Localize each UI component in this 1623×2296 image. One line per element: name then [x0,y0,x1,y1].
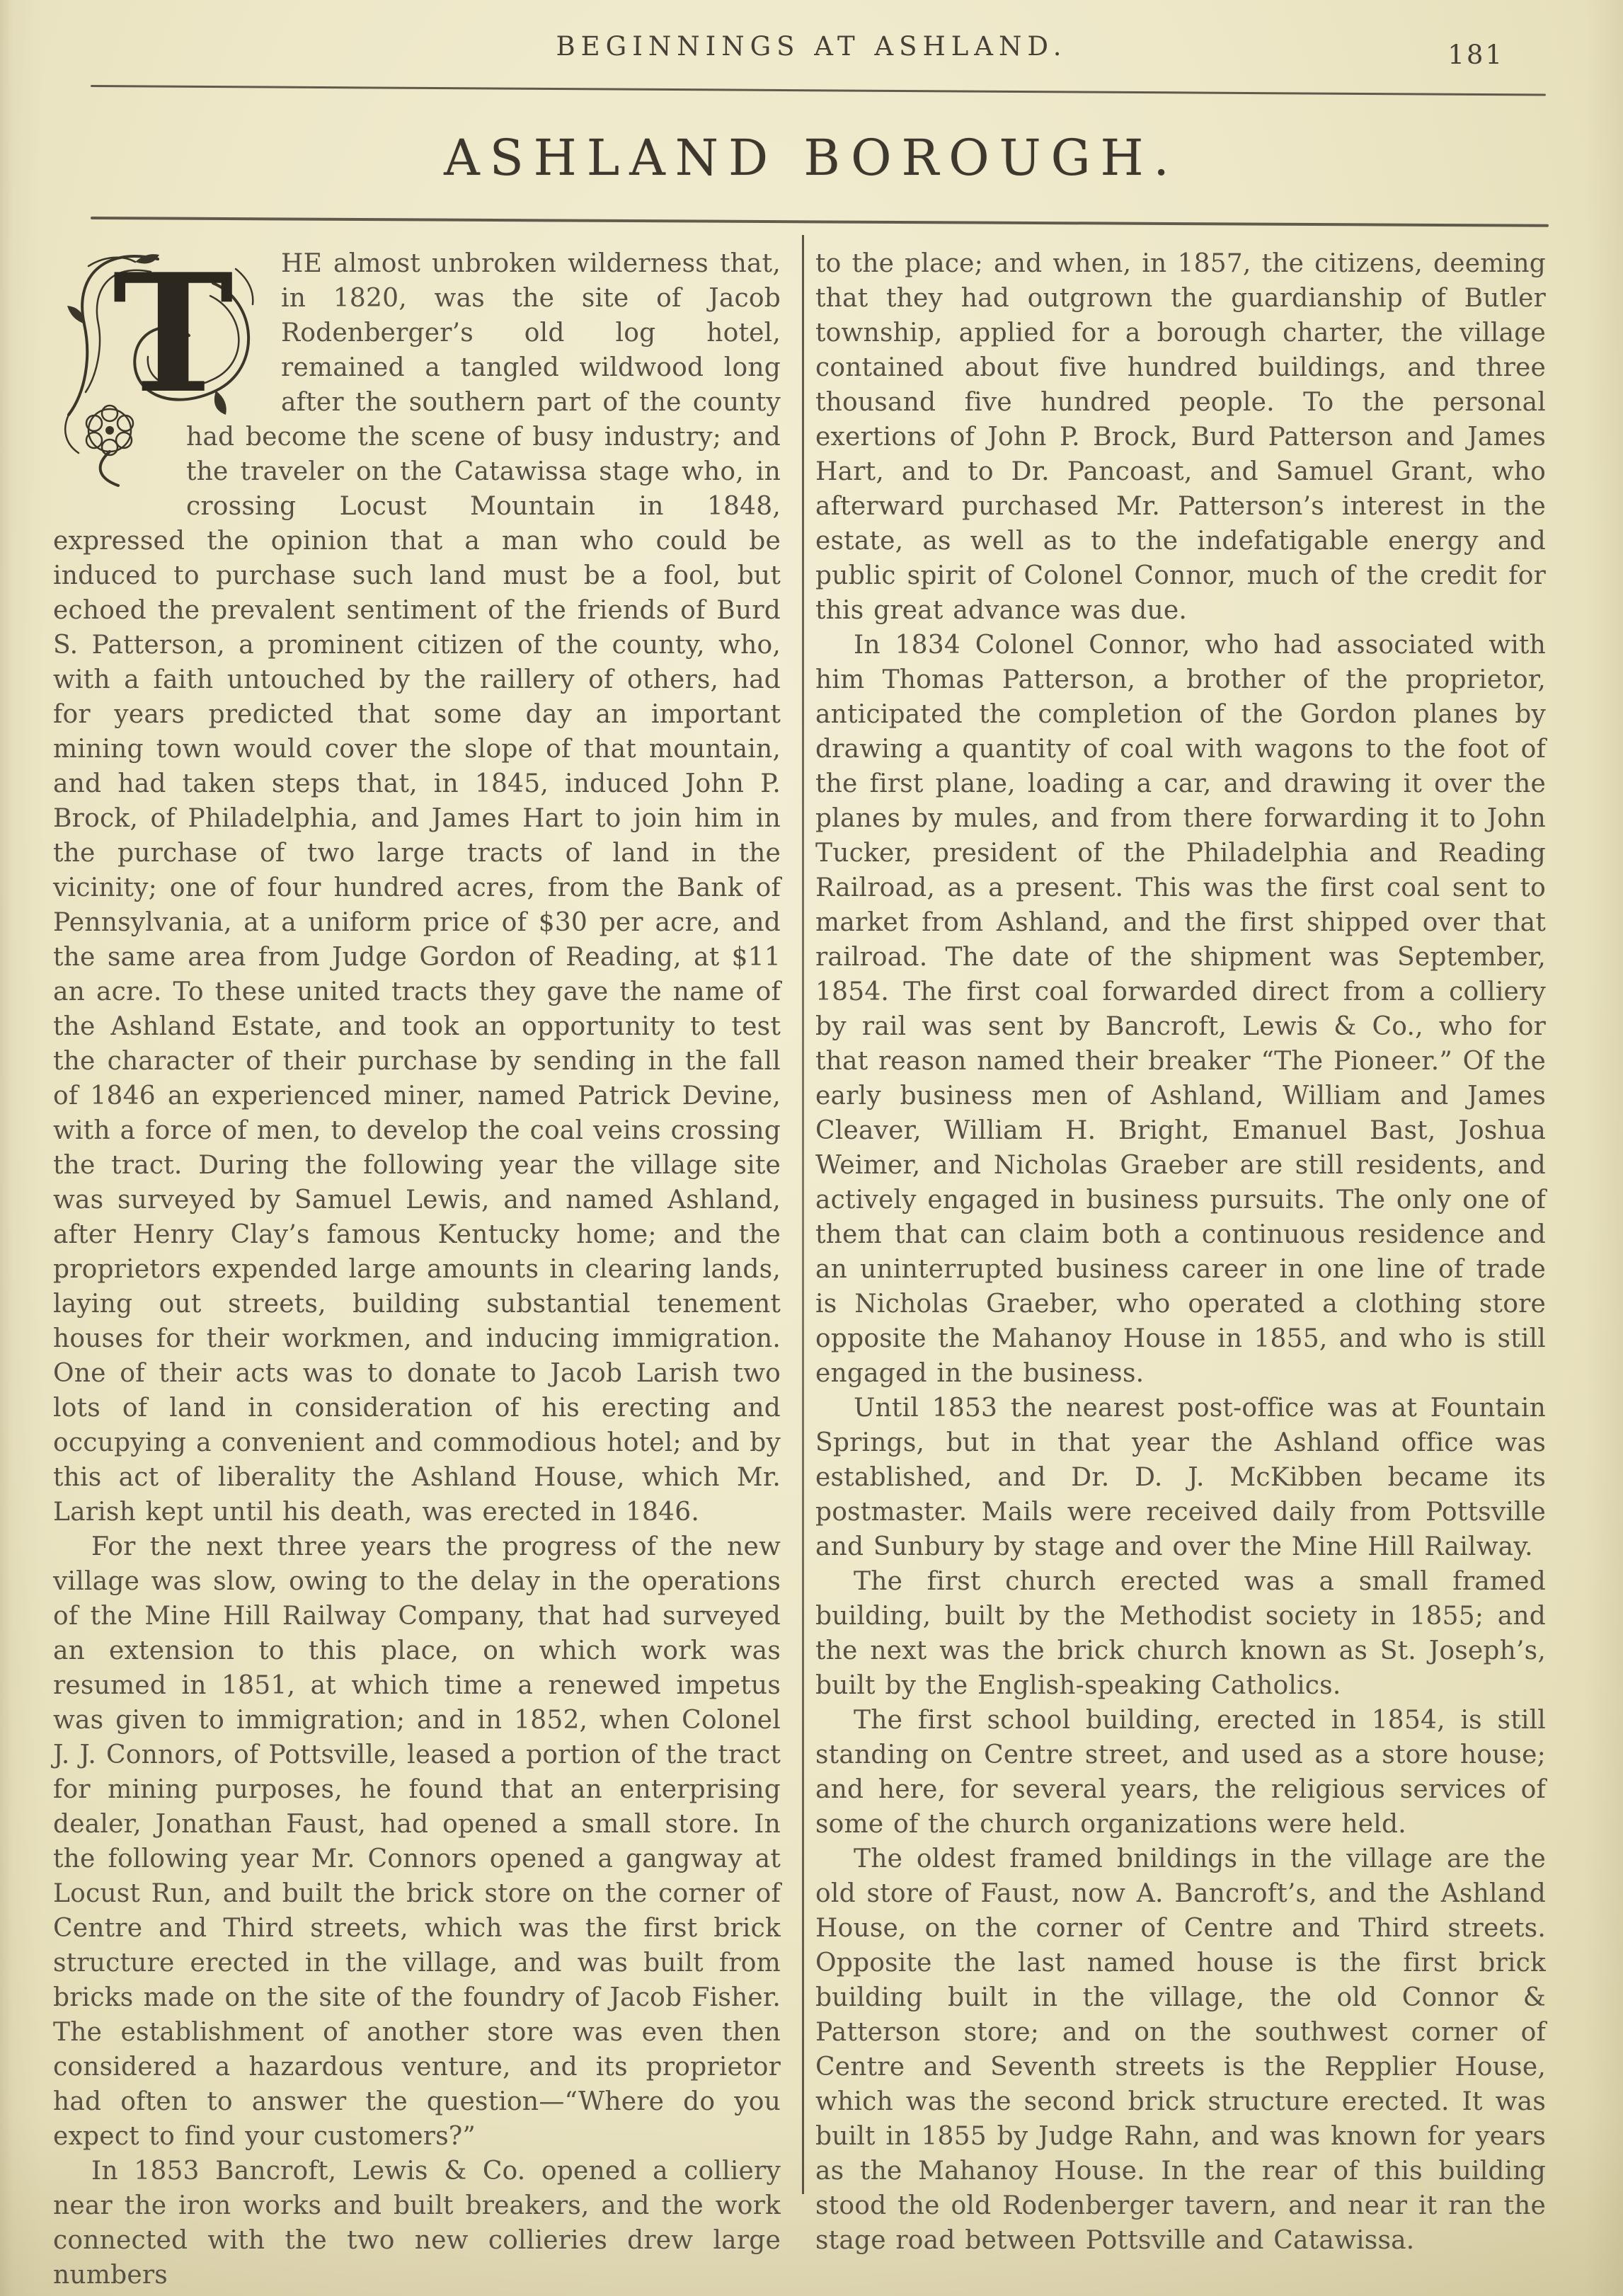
paragraph: to the place; and when, in 1857, the cit… [815,246,1546,628]
paragraph: For the next three years the progress of… [53,1529,781,2154]
title-rule [91,217,1549,227]
paragraph: The oldest framed bnildings in the villa… [815,1842,1546,2258]
paragraph: In 1853 Bancroft, Lewis & Co. opened a c… [53,2154,781,2292]
ornate-initial-icon: T [45,241,278,490]
page-number: 181 [1447,40,1504,70]
book-page: BEGINNINGS AT ASHLAND. 181 ASHLAND BOROU… [0,0,1623,2296]
page-title: ASHLAND BOROUGH. [0,129,1623,187]
running-title: BEGINNINGS AT ASHLAND. [0,31,1623,62]
header-rule [91,85,1546,96]
paragraph: T HE almost unbroken wilderness that, in… [53,246,781,1529]
paragraph: The first church erected was a small fra… [815,1564,1546,1703]
drop-cap-ornament: T [53,246,281,386]
drop-cap-letter: T [113,239,234,430]
paragraph: The first school building, erected in 18… [815,1703,1546,1842]
paragraph: In 1834 Colonel Connor, who had associat… [815,628,1546,1391]
right-column: to the place; and when, in 1857, the cit… [815,246,1546,2258]
column-divider-rule [802,235,804,2194]
left-column: T HE almost unbroken wilderness that, in… [53,246,781,2292]
paragraph: Until 1853 the nearest post-office was a… [815,1391,1546,1564]
